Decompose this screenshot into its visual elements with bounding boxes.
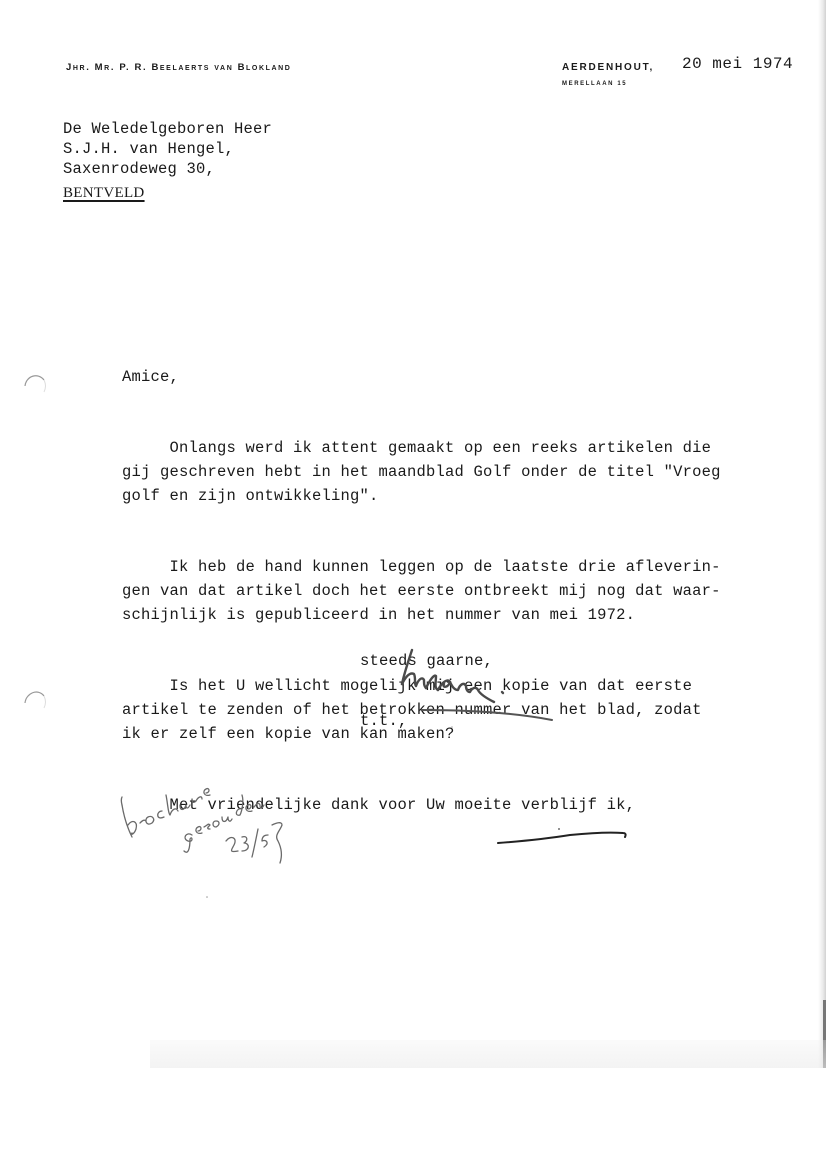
- note-line: brochure: [0, 0, 1, 1]
- paragraph: Onlangs werd ik attent gemaakt op een re…: [122, 437, 782, 508]
- scan-bottom-shade: [150, 1040, 826, 1068]
- recipient-line: S.J.H. van Hengel,: [63, 139, 272, 159]
- handwritten-note-text: brochure gezonden 23/5 J: [0, 0, 1, 1]
- recipient-line: De Weledelgeboren Heer: [63, 119, 272, 139]
- recipient-address: De Weledelgeboren Heer S.J.H. van Hengel…: [63, 119, 272, 203]
- salutation: Amice,: [122, 366, 782, 390]
- letter-page: Jhr. Mr. P. R. Beelaerts van Blokland AE…: [0, 0, 826, 1169]
- punch-hole-icon: [22, 370, 48, 396]
- letterhead-street: MERELLAAN 15: [562, 81, 627, 87]
- speck-icon: [205, 895, 209, 899]
- pen-stroke-icon: [495, 825, 630, 850]
- scan-edge-shadow: [818, 0, 826, 1068]
- punch-hole-icon: [22, 685, 48, 711]
- letterhead-sender: Jhr. Mr. P. R. Beelaerts van Blokland: [66, 62, 291, 73]
- speck-icon: [450, 725, 454, 729]
- signature-icon: [390, 640, 570, 740]
- handwritten-note-icon: [110, 765, 290, 875]
- letterhead-place: AERDENHOUT,: [562, 62, 654, 73]
- recipient-city: BENTVELD: [63, 183, 145, 203]
- letter-date: 20 mei 1974: [682, 55, 793, 73]
- recipient-line: Saxenrodeweg 30,: [63, 159, 272, 179]
